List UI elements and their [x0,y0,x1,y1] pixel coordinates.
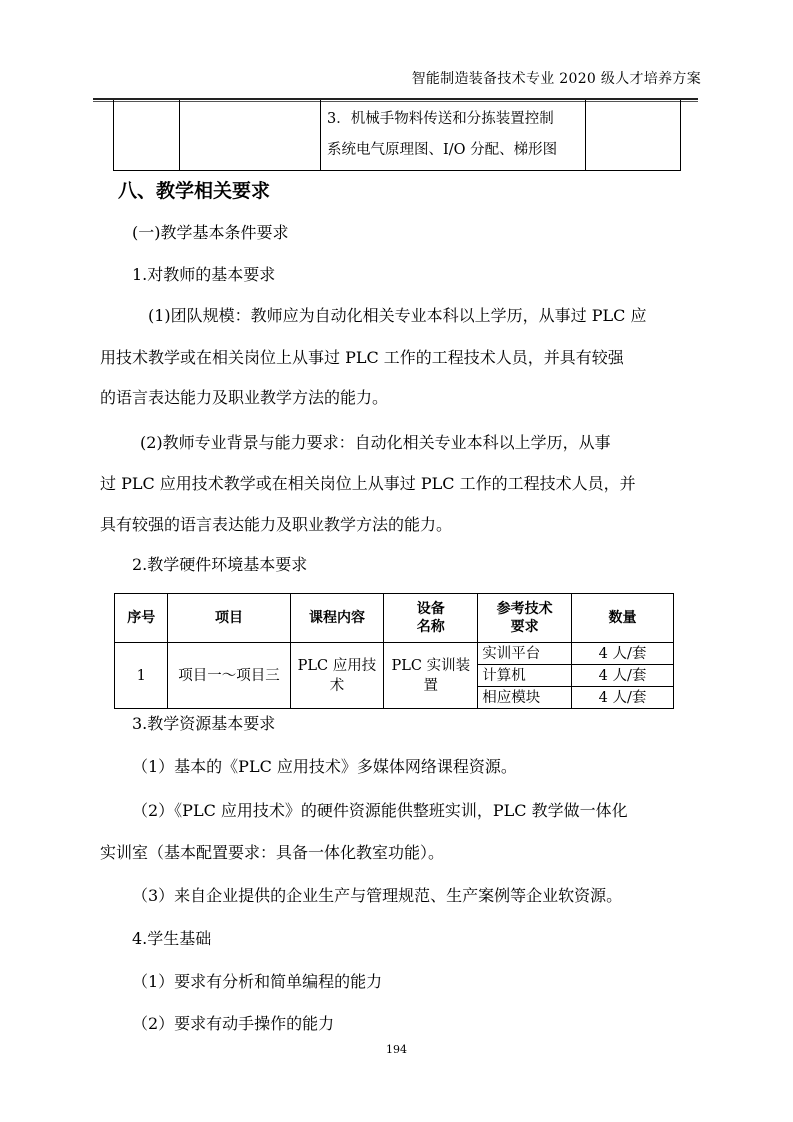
paragraph-line: 具有较强的语言表达能力及职业教学方法的能力。 [100,512,452,535]
paragraph-line: (2)教师专业背景与能力要求：自动化相关专业本科以上学历，从事 [140,430,611,453]
table-row: 1 项目一～项目三 PLC 应用技术 PLC 实训装置 实训平台 4 人/套 [115,643,674,665]
paragraph-line: 用技术教学或在相关岗位上从事过 PLC 工作的工程技术人员，并具有较强 [100,345,624,368]
item-title: 2.教学硬件环境基本要求 [132,552,307,575]
cell-no: 1 [115,643,168,709]
section-heading: 八、教学相关要求 [118,176,270,203]
page-number: 194 [0,1043,793,1056]
header-cell: 数量 [572,594,674,643]
subsection-title: (一)教学基本条件要求 [132,220,289,243]
paragraph-line: （1）基本的《PLC 应用技术》多媒体网络课程资源。 [132,754,517,777]
header-cell: 设备 名称 [384,594,478,643]
cell-qty: 4 人/套 [572,665,674,687]
cell-req: 计算机 [478,665,572,687]
continued-table: 3．机械手物料传送和分拣装置控制 系统电气原理图、I/O 分配、梯形图 [113,100,681,171]
paragraph-line: （2）要求有动手操作的能力 [132,1011,334,1034]
item-title: 1.对教师的基本要求 [132,262,275,285]
table-cell-content: 3．机械手物料传送和分拣装置控制 系统电气原理图、I/O 分配、梯形图 [321,100,586,171]
header-cell: 项目 [168,594,290,643]
cell-project: 项目一～项目三 [168,643,290,709]
header-cell: 序号 [115,594,168,643]
cell-course: PLC 应用技术 [290,643,384,709]
table-cell [586,100,681,171]
paragraph-line: （3）来自企业提供的企业生产与管理规范、生产案例等企业软资源。 [132,883,622,906]
paragraph-line: （2）《PLC 应用技术》的硬件资源能供整班实训，PLC 教学做一体化 [132,798,628,821]
paragraph-line: (1)团队规模：教师应为自动化相关专业本科以上学历，从事过 PLC 应 [148,303,646,326]
table-cell [114,100,180,171]
cell-qty: 4 人/套 [572,643,674,665]
item-title: 3.教学资源基本要求 [132,711,275,734]
item-title: 4.学生基础 [132,926,211,949]
paragraph-line: （1）要求有分析和简单编程的能力 [132,969,382,992]
cell-req: 相应模块 [478,687,572,709]
paragraph-line: 的语言表达能力及职业教学方法的能力。 [100,385,388,408]
table-cell [180,100,321,171]
content-line: 系统电气原理图、I/O 分配、梯形图 [327,135,579,166]
page-header-title: 智能制造装备技术专业 2020 级人才培养方案 [412,68,701,88]
header-cell: 参考技术 要求 [478,594,572,643]
cell-device: PLC 实训装置 [384,643,478,709]
header-cell: 课程内容 [290,594,384,643]
hardware-table: 序号 项目 课程内容 设备 名称 参考技术 要求 数量 1 项目一～项目三 PL… [114,593,674,709]
cell-req: 实训平台 [478,643,572,665]
paragraph-line: 实训室（基本配置要求：具备一体化教室功能）。 [100,840,444,863]
cell-qty: 4 人/套 [572,687,674,709]
paragraph-line: 过 PLC 应用技术教学或在相关岗位上从事过 PLC 工作的工程技术人员，并 [100,471,636,494]
content-line: 3．机械手物料传送和分拣装置控制 [327,104,579,135]
table-header-row: 序号 项目 课程内容 设备 名称 参考技术 要求 数量 [115,594,674,643]
